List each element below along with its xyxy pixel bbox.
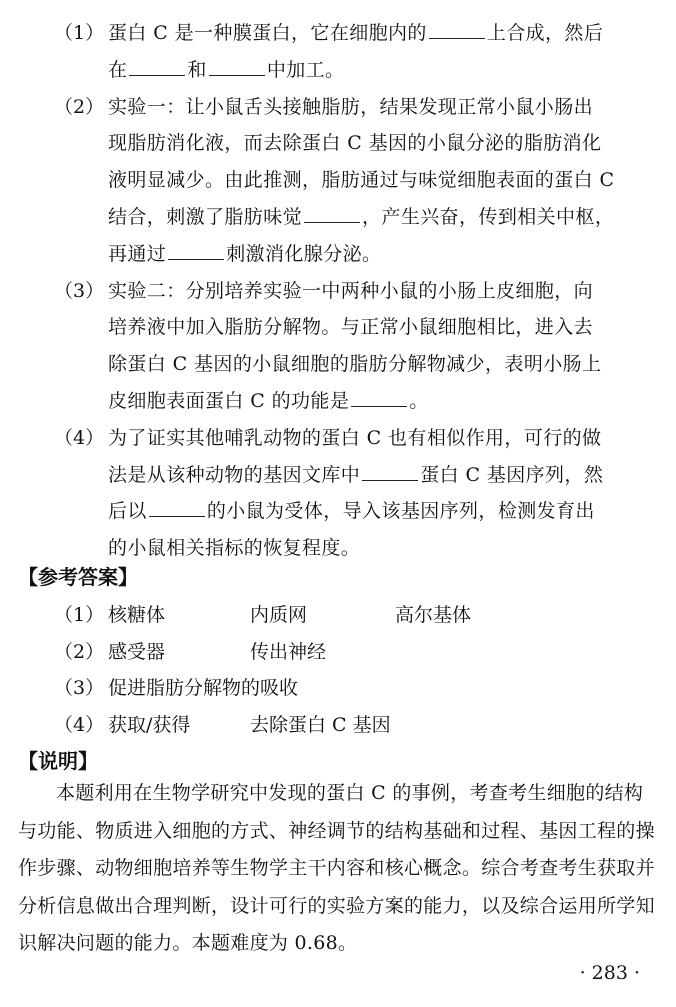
question-number: （4）	[54, 425, 104, 451]
answer-item: 促进脂肪分解物的吸收	[108, 675, 298, 701]
question-number: （1）	[54, 20, 104, 46]
question-line: 液明显减少。由此推测，脂肪通过与味觉细胞表面的蛋白 C	[108, 167, 614, 193]
answer-item: 感受器	[108, 639, 165, 665]
question-line: 后以的小鼠为受体，导入该基因序列，检测发育出	[108, 498, 595, 524]
question-line: 皮细胞表面蛋白 C 的功能是。	[108, 388, 429, 414]
question-line: 在和中加工。	[108, 57, 344, 83]
question-line: 再通过刺激消化腺分泌。	[108, 241, 381, 267]
answer-number: （4）	[54, 712, 104, 738]
answer-blank	[149, 498, 205, 517]
question-line: 蛋白 C 是一种膜蛋白，它在细胞内的上合成，然后	[108, 20, 603, 46]
answer-item: 去除蛋白 C 基因	[250, 712, 391, 738]
answer-blank	[168, 241, 224, 260]
question-number: （3）	[54, 278, 104, 304]
answer-item: 核糖体	[108, 602, 165, 628]
answer-blank	[429, 20, 485, 39]
question-line: 结合，刺激了脂肪味觉，产生兴奋，传到相关中枢，	[108, 204, 614, 230]
question-line: 现脂肪消化液，而去除蛋白 C 基因的小鼠分泌的脂肪消化	[108, 130, 601, 156]
answer-blank	[129, 57, 185, 76]
question-line: 培养液中加入脂肪分解物。与正常小鼠细胞相比，进入去	[108, 314, 593, 340]
answer-blank	[304, 204, 360, 223]
explanation-heading: 【说明】	[18, 748, 98, 774]
question-line: 法是从该种动物的基因文库中蛋白 C 基因序列，然	[108, 462, 603, 488]
answer-blank	[209, 57, 265, 76]
answer-number: （3）	[54, 675, 104, 701]
question-line: 除蛋白 C 基因的小鼠细胞的脂肪分解物减少，表明小肠上	[108, 351, 601, 377]
question-number: （2）	[54, 94, 104, 120]
answer-item: 高尔基体	[395, 602, 471, 628]
question-line: 实验一：让小鼠舌头接触脂肪，结果发现正常小鼠小肠出	[108, 94, 593, 120]
answer-item: 获取/获得	[108, 712, 190, 738]
answer-item: 传出神经	[250, 639, 326, 665]
page-number: · 283 ·	[580, 962, 640, 984]
question-line: 为了证实其他哺乳动物的蛋白 C 也有相似作用，可行的做	[108, 425, 601, 451]
answer-blank	[362, 462, 418, 481]
answer-number: （2）	[54, 639, 104, 665]
answer-heading: 【参考答案】	[18, 564, 138, 590]
answer-blank	[351, 388, 407, 407]
answer-number: （1）	[54, 602, 104, 628]
answer-item: 内质网	[250, 602, 307, 628]
question-line: 实验二：分别培养实验一中两种小鼠的小肠上皮细胞，向	[108, 278, 593, 304]
question-line: 的小鼠相关指标的恢复程度。	[108, 535, 360, 561]
explanation-paragraph: 本题利用在生物学研究中发现的蛋白 C 的事例，考查考生细胞的结构与功能、物质进入…	[18, 775, 658, 963]
